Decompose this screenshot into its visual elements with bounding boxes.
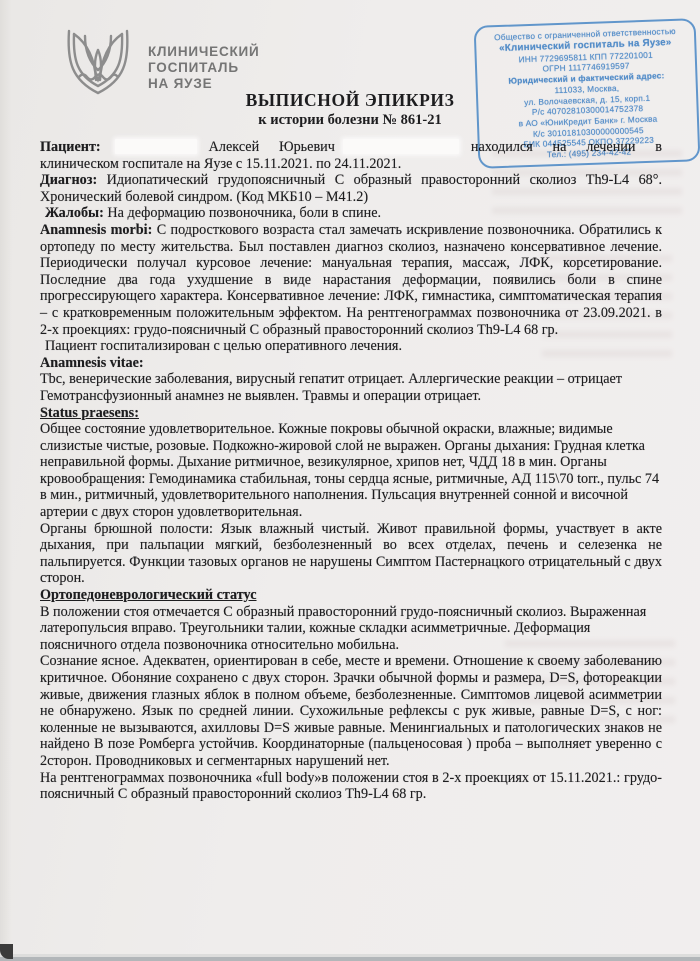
diagnosis-text: Идиопатический грудопоясничный С образны… (40, 172, 662, 205)
hospital-ink-stamp: Общество с ограниченной ответственностью… (474, 18, 700, 168)
complaints-paragraph: Жалобы: На деформацию позвоночника, боли… (40, 205, 662, 222)
patient-label: Пациент: (40, 139, 101, 155)
hospitalization-line: Пациент госпитализирован с целью операти… (40, 338, 662, 355)
scan-left-edge (0, 0, 12, 961)
redacted-surname-box (115, 139, 197, 154)
logo-line: ГОСПИТАЛЬ (148, 60, 260, 76)
anamnesis-morbi-label: Anamnesis morbi: (40, 222, 152, 238)
status-praesens-heading: Status praesens: (40, 405, 662, 422)
discharge-summary-scan: КЛИНИЧЕСКИЙ ГОСПИТАЛЬ НА ЯУЗЕ Общество с… (0, 0, 700, 961)
diagnosis-label: Диагноз: (40, 172, 97, 188)
status-praesens-general: Общее состояние удовлетворительное. Кожн… (40, 421, 662, 521)
complaints-text: На деформацию позвоночника, боли в спине… (107, 205, 381, 221)
logo-line: КЛИНИЧЕСКИЙ (148, 44, 260, 60)
ortho-neuro-heading: Ортопедоневрологический статус (40, 587, 662, 604)
anamnesis-morbi-paragraph: Anamnesis morbi: С подросткового возраст… (40, 222, 662, 338)
scan-bottom-edge (0, 957, 700, 961)
patient-name: Алексей Юрьевич (209, 139, 335, 155)
anamnesis-vitae-heading: Anamnesis vitae: (40, 355, 662, 372)
anamnesis-vitae-line: Tbc, венерические заболевания, вирусный … (40, 371, 662, 388)
document-body: Пациент:Алексей Юрьевичнаходился на лече… (40, 139, 662, 803)
anamnesis-morbi-text: С подросткового возраста стал замечать и… (40, 222, 662, 338)
ortho-status-paragraph: В положении стоя отмечается С образный п… (40, 604, 662, 654)
complaints-label: Жалобы: (45, 205, 104, 221)
redacted-birthdate-box (343, 139, 459, 154)
status-praesens-abdomen: Органы брюшной полости: Язык влажный чис… (40, 521, 662, 587)
hospital-logo-text: КЛИНИЧЕСКИЙ ГОСПИТАЛЬ НА ЯУЗЕ (148, 44, 260, 92)
anamnesis-vitae-line: Гемотрансфузионный анамнез не выявлен. Т… (40, 388, 662, 405)
diagnosis-paragraph: Диагноз: Идиопатический грудопоясничный … (40, 172, 662, 205)
neuro-status-paragraph: Сознание ясное. Адекватен, ориентирован … (40, 653, 662, 769)
radiograph-paragraph: На рентгенограммах позвоночника «full bo… (40, 770, 662, 803)
